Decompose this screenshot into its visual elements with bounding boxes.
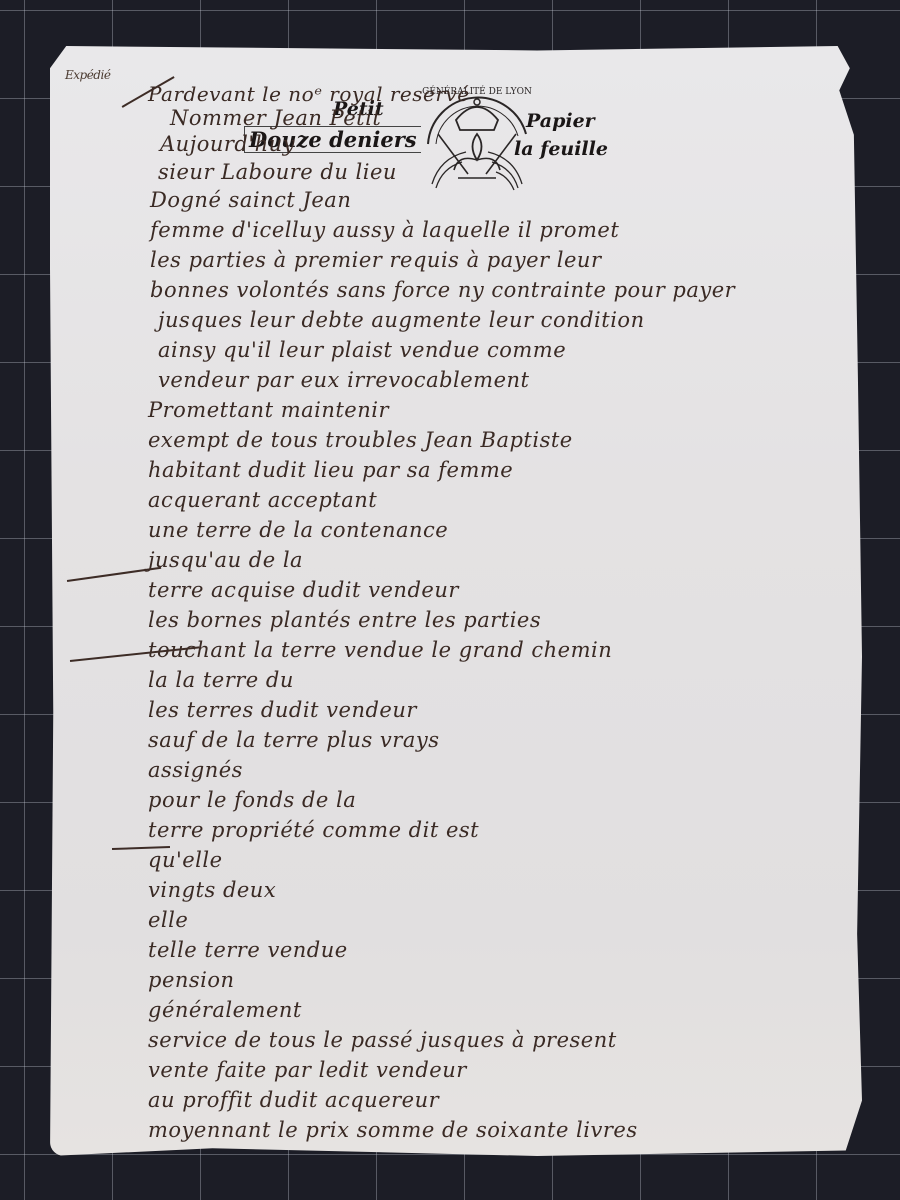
text-line: pension [148,968,235,992]
text-line: terre propriété comme dit est [148,818,479,842]
text-line: sieur Laboure du lieu [158,160,397,184]
text-line: elle [148,908,188,932]
text-line: vente faite par ledit vendeur [148,1058,467,1082]
text-line: Pardevant le noᵉ royal reservé [148,82,470,106]
text-line: une terre de la contenance [148,518,448,542]
stamp-papier: Papier [526,110,595,132]
text-line: Aujourd'huy [160,132,295,156]
text-line: sauf de la terre plus vrays [148,728,439,752]
text-line: bonnes volontés sans force ny contrainte… [150,278,735,302]
text-line: au proffit dudit acquereur [148,1088,439,1112]
text-line: pour le fonds de la [148,788,356,812]
text-line: les terres dudit vendeur [148,698,417,722]
text-line: vingts deux [148,878,276,902]
text-line: service de tous le passé jusques à prese… [148,1028,617,1052]
text-line: terre acquise dudit vendeur [148,578,459,602]
text-line: telle terre vendue [148,938,348,962]
text-line: assignés [148,758,243,782]
text-line: ainsy qu'il leur plaist vendue comme [158,338,566,362]
text-line: les parties à premier requis à payer leu… [150,248,601,272]
text-line: acquerant acceptant [148,488,377,512]
text-line: habitant dudit lieu par sa femme [148,458,513,482]
text-line: moyennant le prix somme de soixante livr… [148,1118,638,1142]
text-line: exempt de tous troubles Jean Baptiste [148,428,573,452]
text-line: jusques leur debte augmente leur conditi… [158,308,645,332]
text-line: Nommer Jean Petit [170,106,381,130]
text-line: qu'elle [148,848,223,872]
text-line: la la terre du [148,668,294,692]
text-line: jusqu'au de la [148,548,303,572]
stamp-la-feuille: la feuille [514,138,608,160]
text-line: Dogné sainct Jean [150,188,351,212]
text-line: femme d'icelluy aussy à laquelle il prom… [150,218,619,242]
text-line: vendeur par eux irrevocablement [158,368,529,392]
text-line: les bornes plantés entre les parties [148,608,541,632]
text-line: Promettant maintenir [148,398,389,422]
text-line: touchant la terre vendue le grand chemin [148,638,612,662]
text-line: généralement [148,998,302,1022]
margin-note: Expédié [65,68,110,82]
